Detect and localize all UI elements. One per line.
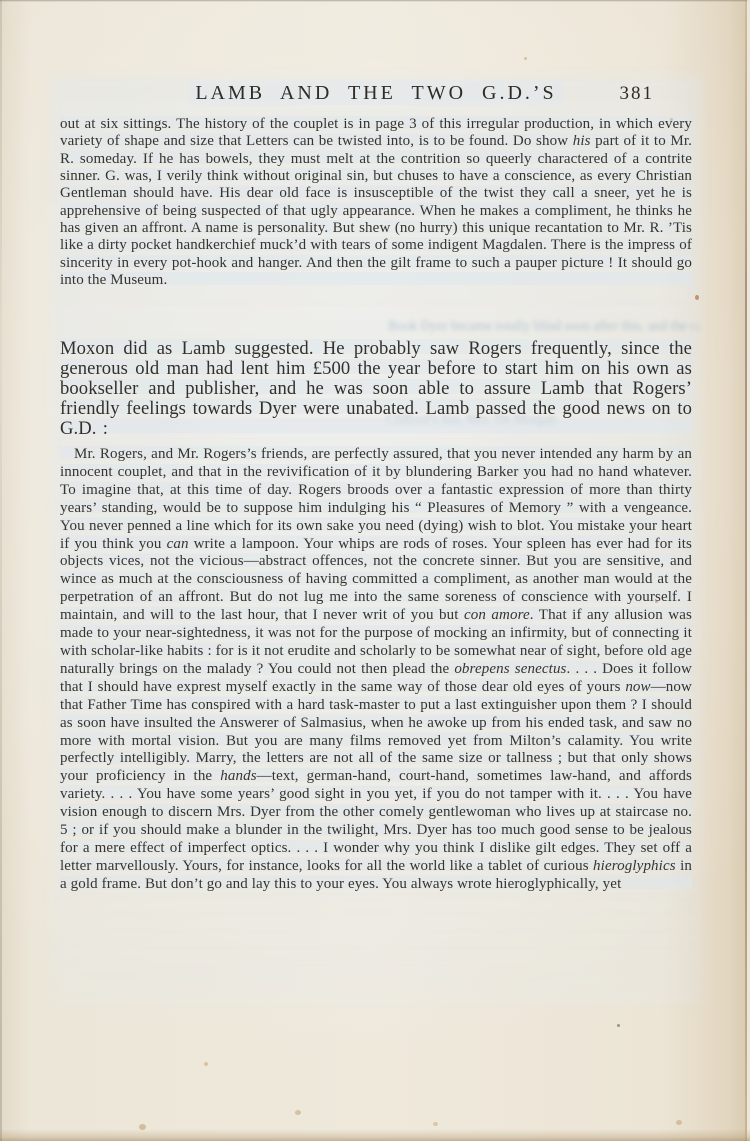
fox-spot xyxy=(524,57,527,60)
fox-spot xyxy=(139,1124,146,1130)
fox-spot xyxy=(295,1110,301,1115)
page-edge-top xyxy=(0,0,750,2)
running-header: LAMB AND THE TWO G.D.’S 381 xyxy=(60,82,692,105)
page-edge-right xyxy=(745,0,747,1141)
opening-extract-paragraph: out at six sittings. The history of the … xyxy=(60,116,692,289)
page-title: LAMB AND THE TWO G.D.’S xyxy=(189,81,562,105)
fox-spot xyxy=(617,1024,620,1027)
fox-spot xyxy=(695,295,699,300)
page-edge-left xyxy=(0,0,2,1141)
bleed-through-text: Book Dyer became totally blind soon afte… xyxy=(388,318,700,334)
letter-extract-paragraph: Mr. Rogers, and Mr. Rogers’s friends, ar… xyxy=(60,446,692,894)
narrative-paragraph: Moxon did as Lamb suggested. He probably… xyxy=(60,339,692,439)
fox-spot xyxy=(433,1122,438,1126)
book-page: Book Dyer became totally blind soon afte… xyxy=(0,0,750,1141)
page-edge-bottom xyxy=(0,1129,750,1141)
fox-spot xyxy=(204,1062,208,1066)
fox-spot xyxy=(676,1120,682,1125)
page-number: 381 xyxy=(620,83,655,105)
